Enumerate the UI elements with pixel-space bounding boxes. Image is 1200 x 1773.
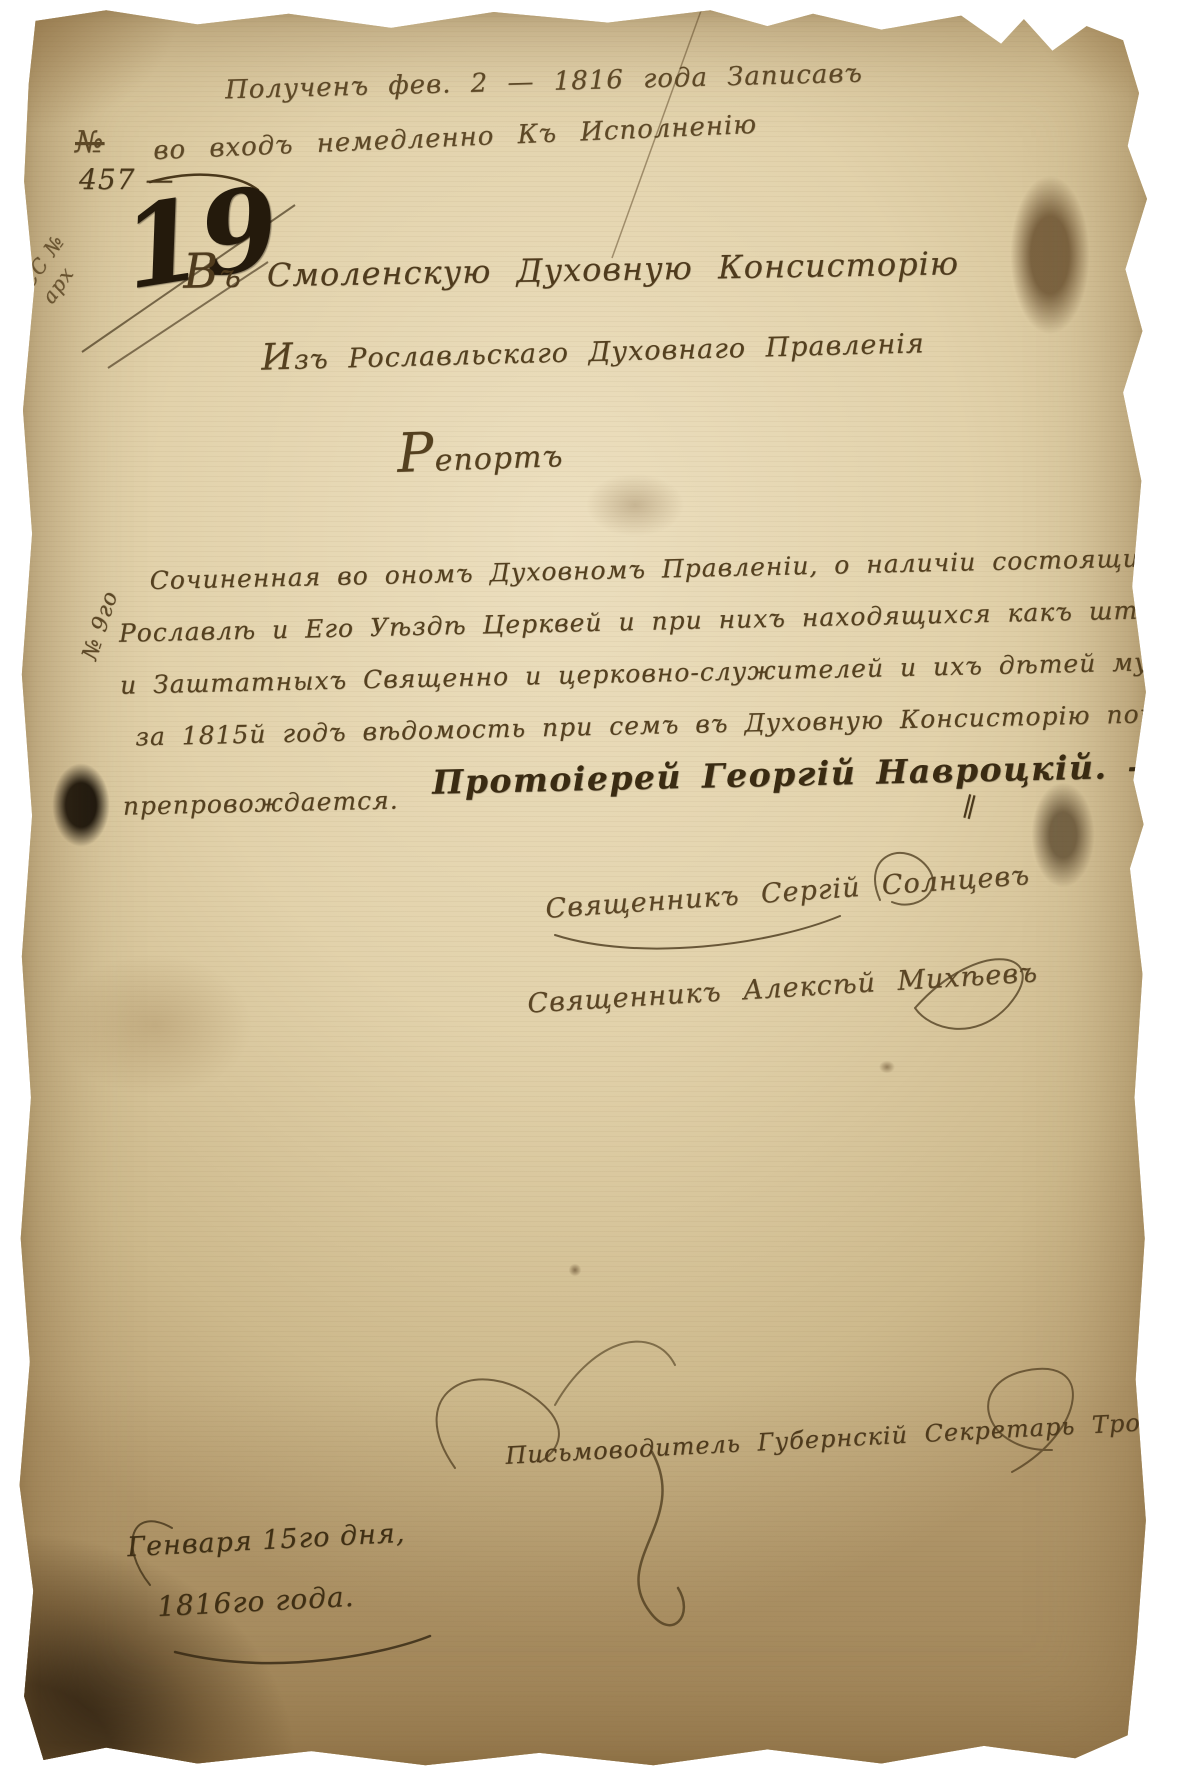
registration-no-symbol: № [75, 125, 104, 160]
received-note-line2: во входъ немедленно Къ Исполненію [153, 110, 758, 166]
priest-signature-2: Священникъ Алексѣй Михѣевъ [527, 957, 1039, 1019]
margin-side-number: № 9го [78, 588, 124, 663]
archpriest-signature: Протоіерей Георгій Навроцкій. — [432, 746, 1163, 802]
sender-subheading: Изъ Рославльскаго Духовнаго Правленія [261, 318, 926, 378]
body-paragraph: Сочиненная во ономъ Духовномъ Правленіи,… [117, 534, 1073, 818]
paper-sheet: Полученъ фев. 2 — 1816 года Записавъ № в… [15, 5, 1155, 1767]
received-note-line1: Полученъ фев. 2 — 1816 года Записавъ [225, 59, 863, 106]
priest-signature-1: Священникъ Сергій Солнцевъ [545, 860, 1031, 925]
addressee-heading: Въ Смоленскую Духовную Консисторію [183, 230, 960, 300]
document-type-label: Репортъ [396, 416, 564, 485]
archive-margin-note: СС № арх [14, 230, 91, 309]
date-line1: Генваря 15го дня, [126, 1518, 406, 1564]
body-line-closing-word: препровождается. [122, 785, 398, 820]
date-line2: 1816го года. [156, 1580, 355, 1623]
scan-background: Полученъ фев. 2 — 1816 года Записавъ № в… [0, 0, 1200, 1773]
clerk-signature: Письмоводитель Губернскій Секретарь Трои… [505, 1404, 1200, 1470]
